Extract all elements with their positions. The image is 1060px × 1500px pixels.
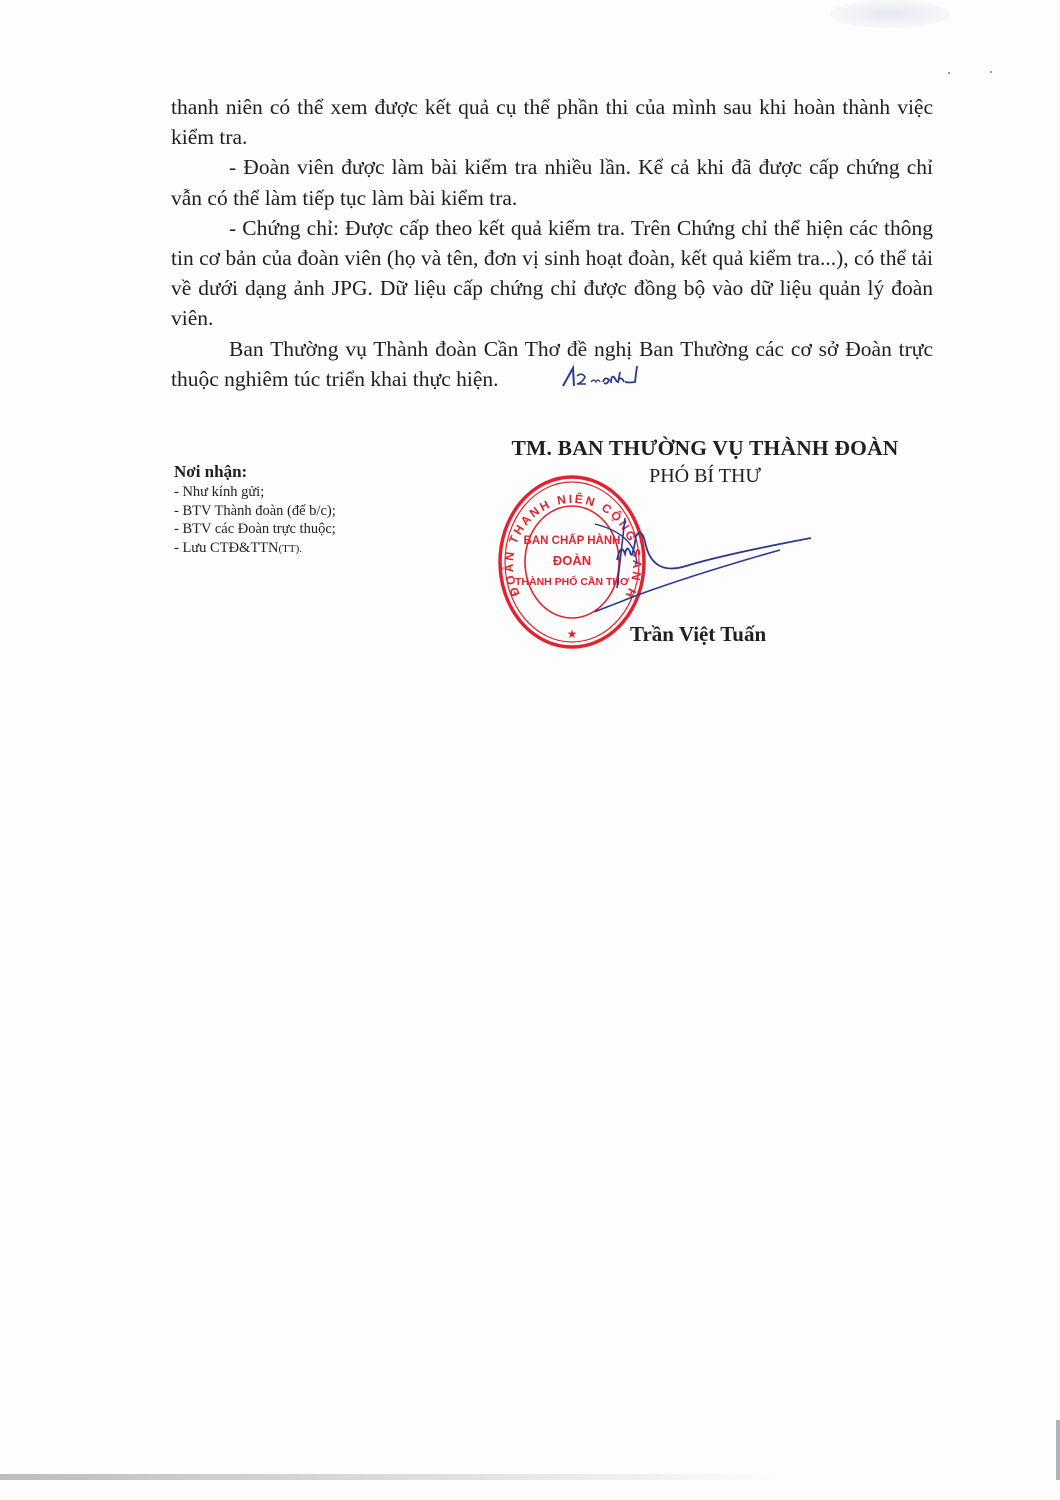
signature-stroke-icon xyxy=(595,498,855,628)
seal-star-icon: ★ xyxy=(567,627,578,641)
recipients-list: Nơi nhận: - Như kính gửi; - BTV Thành đo… xyxy=(174,461,336,558)
archive-suffix: (TT). xyxy=(279,543,303,555)
recipient-item: - BTV Thành đoàn (để b/c); xyxy=(174,502,336,521)
initials-signature-icon xyxy=(561,364,645,390)
paragraph-request: Ban Thường vụ Thành đoàn Cần Thơ đề nghị… xyxy=(171,334,933,398)
scan-edge-shadow xyxy=(0,1474,780,1480)
paragraph-certificate: - Chứng chỉ: Được cấp theo kết quả kiểm … xyxy=(171,213,933,334)
archive-label: - Lưu CTĐ&TTN xyxy=(174,540,279,556)
recipient-item-archive: - Lưu CTĐ&TTN(TT). xyxy=(174,539,336,559)
paragraph-multiple-attempts: - Đoàn viên được làm bài kiểm tra nhiều … xyxy=(171,152,933,212)
signing-organization: TM. BAN THƯỜNG VỤ THÀNH ĐOÀN xyxy=(480,434,930,462)
scan-speck xyxy=(948,72,950,74)
scanned-document-page: thanh niên có thể xem được kết quả cụ th… xyxy=(0,0,1060,1500)
scan-speck xyxy=(990,71,992,73)
scan-edge-shadow xyxy=(1056,1420,1060,1480)
paragraph-result-view: thanh niên có thể xem được kết quả cụ th… xyxy=(171,92,933,152)
scan-smudge xyxy=(830,0,950,28)
seal-line-2: ĐOÀN xyxy=(553,553,591,568)
recipients-title: Nơi nhận: xyxy=(174,461,336,483)
handwritten-initials xyxy=(503,364,645,398)
handwritten-signature xyxy=(595,498,855,633)
recipient-item: - Như kính gửi; xyxy=(174,483,336,502)
recipient-item: - BTV các Đoàn trực thuộc; xyxy=(174,520,336,539)
signer-name: Trần Việt Tuấn xyxy=(630,622,766,647)
document-body: thanh niên có thể xem được kết quả cụ th… xyxy=(171,92,933,398)
